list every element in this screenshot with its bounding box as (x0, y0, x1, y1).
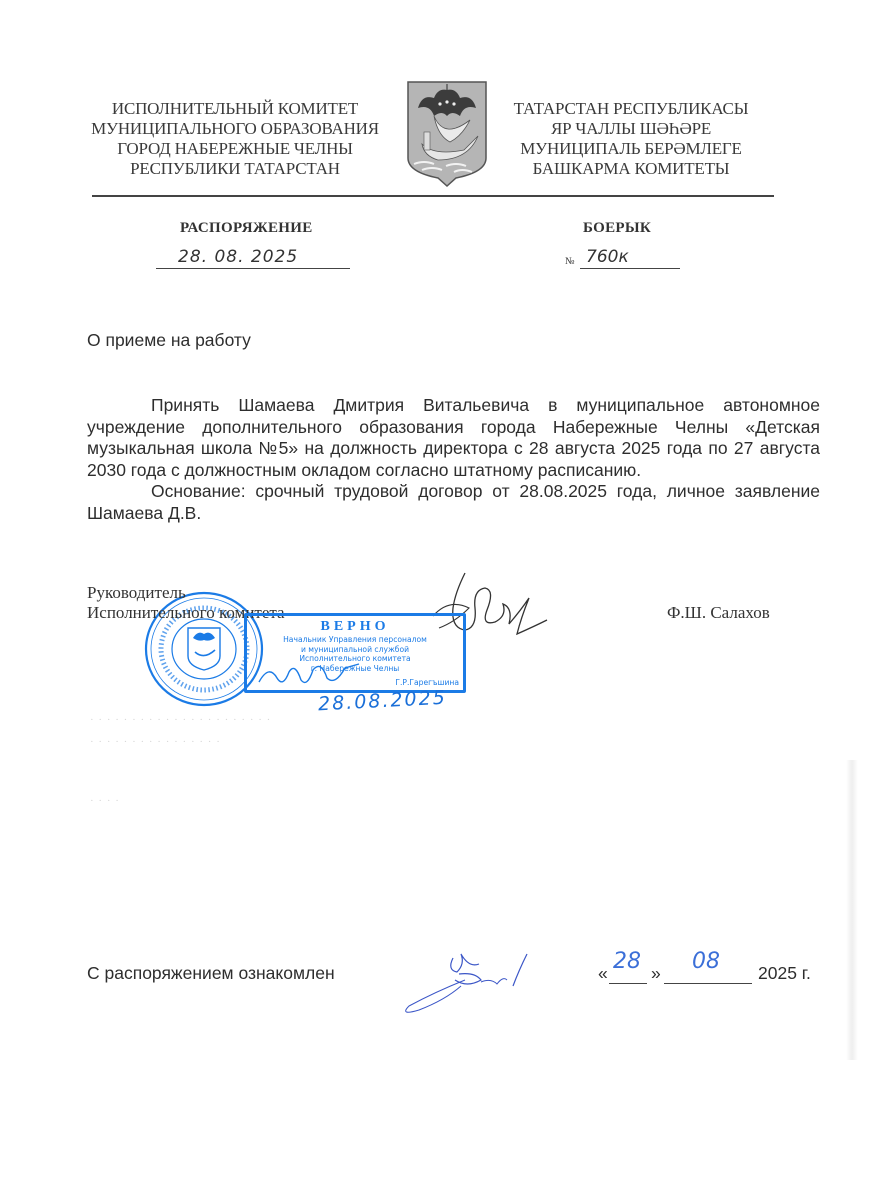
number-field: 760к (580, 248, 680, 269)
signatory-position-line1: Руководитель (87, 583, 186, 603)
acknowledgement-signature (395, 950, 545, 1030)
date-field: 28. 08. 2025 (156, 248, 350, 269)
issuer-line: ГОРОД НАБЕРЕЖНЫЕ ЧЕЛНЫ (82, 139, 388, 159)
issuer-line: МУНИЦИПАЛЬНОГО ОБРАЗОВАНИЯ (82, 119, 388, 139)
signatory-name: Ф.Ш. Салахов (667, 603, 770, 623)
stamp-title: ВЕРНО (247, 619, 463, 635)
ack-year: 2025 г. (758, 963, 811, 985)
ack-day-field: 28 (609, 963, 647, 984)
stamp-signature-scribble (255, 660, 365, 690)
city-coat-of-arms-icon (404, 80, 490, 188)
acknowledgement-label: С распоряжением ознакомлен (87, 963, 335, 985)
ack-day-handwritten: 28 (613, 949, 641, 974)
scan-edge-shadow (846, 760, 858, 1060)
issuer-line: БАШКАРМА КОМИТЕТЫ (505, 159, 757, 179)
certified-copy-stamp: ВЕРНО Начальник Управления персоналом и … (244, 613, 466, 693)
doc-type-tatar: БОЕРЫК (583, 220, 651, 237)
doc-type-russian: РАСПОРЯЖЕНИЕ (180, 220, 313, 237)
number-handwritten: 760к (586, 247, 629, 267)
issuer-line: РЕСПУБЛИКИ ТАТАРСТАН (82, 159, 388, 179)
number-prefix: № (565, 256, 575, 267)
issuer-line: ТАТАРСТАН РЕСПУБЛИКАСЫ (505, 99, 757, 119)
document-subject: О приеме на работу (87, 330, 251, 352)
body-paragraph-basis: Основание: срочный трудовой договор от 2… (87, 481, 820, 524)
quote-open: « (598, 963, 608, 985)
quote-close: » (651, 963, 661, 985)
ack-month-handwritten: 08 (692, 949, 720, 974)
issuer-line: МУНИЦИПАЛЬ БЕРӘМЛЕГЕ (505, 139, 757, 159)
body-paragraph-order: Принять Шамаева Дмитрия Витальевича в му… (87, 395, 820, 481)
stamp-signer: Г.Р.Гарегъшина (395, 678, 459, 687)
issuer-line: ЯР ЧАЛЛЫ ШӘҺӘРЕ (505, 119, 757, 139)
stamp-line: Начальник Управления персоналом (247, 635, 463, 645)
issuer-line: ИСПОЛНИТЕЛЬНЫЙ КОМИТЕТ (82, 99, 388, 119)
stamp-line: и муниципальной службой (247, 645, 463, 655)
ack-month-field: 08 (664, 963, 752, 984)
date-handwritten: 28. 08. 2025 (178, 247, 298, 267)
bleed-through-text: · · · · (90, 795, 120, 807)
bleed-through-text: · · · · · · · · · · · · · · · · (90, 736, 820, 748)
header-divider (92, 195, 774, 197)
issuer-name-tatar: ТАТАРСТАН РЕСПУБЛИКАСЫ ЯР ЧАЛЛЫ ШӘҺӘРЕ М… (505, 99, 757, 179)
issuer-name-russian: ИСПОЛНИТЕЛЬНЫЙ КОМИТЕТ МУНИЦИПАЛЬНОГО ОБ… (82, 99, 388, 179)
bleed-through-text: · · · · · · · · · · · · · · · · · · · · … (90, 714, 820, 726)
